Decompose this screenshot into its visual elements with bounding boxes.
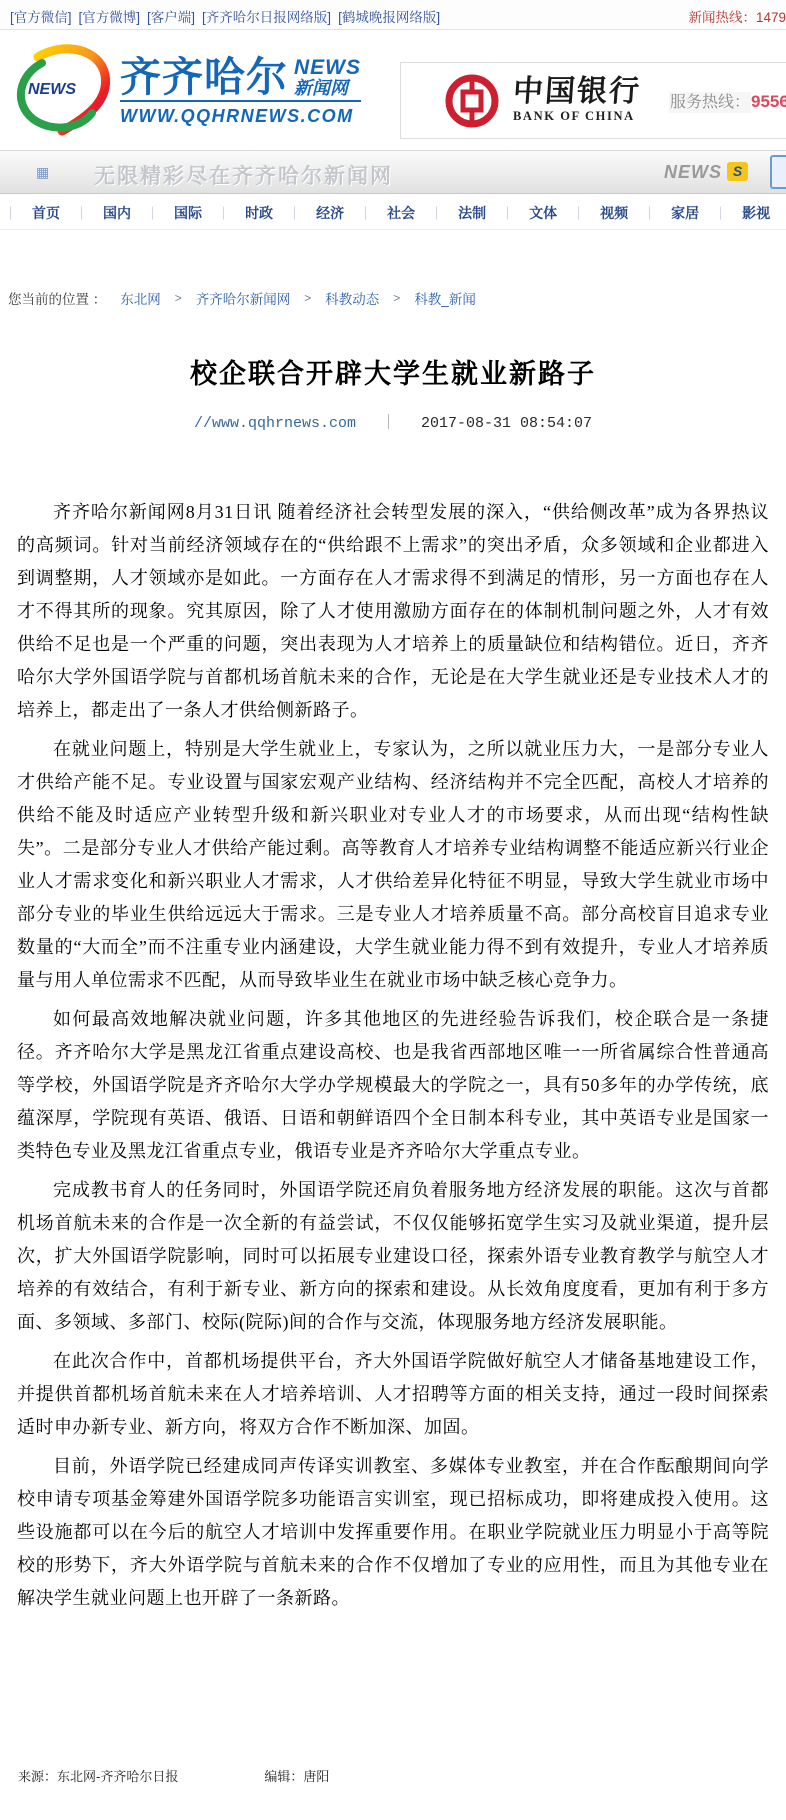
nav-item-economy[interactable]: 经济 bbox=[316, 203, 344, 223]
source-label: 来源： bbox=[18, 1769, 57, 1784]
topbar: [官方微信] [官方微博] [客户端] [齐齐哈尔日报网络版] [鹤城晚报网络版… bbox=[0, 0, 786, 30]
article-paragraph: 齐齐哈尔新闻网8月31日讯 随着经济社会转型发展的深入，“供给侧改革”成为各界热… bbox=[17, 496, 769, 727]
bank-service-number: 95566 bbox=[751, 92, 786, 111]
page-title: 校企联合开辟大学生就业新路子 bbox=[0, 352, 786, 391]
nav-separator: ｜ bbox=[501, 203, 514, 222]
article-meta: //www.qqhrnews.com ｜ 2017-08-31 08:54:07 bbox=[0, 411, 786, 432]
topbar-link-daily-web-edition[interactable]: [齐齐哈尔日报网络版] bbox=[202, 6, 331, 26]
nav-item-home[interactable]: 首页 bbox=[32, 203, 60, 223]
article-paragraph: 完成教书育人的任务同时，外国语学院还肩负着服务地方经济发展的职能。这次与首都机场… bbox=[17, 1174, 769, 1339]
site-name-suffix: NEWS 新闻网 bbox=[294, 57, 361, 97]
banner-news-text: NEWS bbox=[664, 162, 722, 183]
nav-item-law[interactable]: 法制 bbox=[458, 203, 486, 223]
bank-service-hotline: 服务热线：95566 bbox=[669, 89, 786, 112]
nav-item-culture-sports[interactable]: 文体 bbox=[529, 203, 557, 223]
nav-separator: ｜ bbox=[643, 203, 656, 222]
breadcrumb-link-dbw[interactable]: 东北网 bbox=[120, 288, 161, 308]
bank-ad-banner[interactable]: 中国银行 BANK OF CHINA 服务热线：95566 bbox=[400, 62, 786, 139]
breadcrumb-separator: > bbox=[175, 291, 182, 305]
nav-separator: ｜ bbox=[4, 203, 17, 222]
article-paragraph: 在就业问题上，特别是大学生就业上，专家认为，之所以就业压力大，一是部分专业人才供… bbox=[17, 733, 769, 997]
topbar-link-official-wechat[interactable]: [官方微信] bbox=[10, 6, 72, 26]
side-widget-partial[interactable] bbox=[770, 155, 786, 189]
source-value: 东北网-齐齐哈尔日报 bbox=[57, 1769, 178, 1784]
bank-name-cn: 中国银行 bbox=[512, 77, 642, 107]
topbar-link-official-weibo[interactable]: [官方微博] bbox=[79, 6, 141, 26]
news-badge-icon: S bbox=[727, 162, 748, 181]
bank-of-china-logo-icon bbox=[443, 72, 501, 130]
topbar-link-app-client[interactable]: [客户端] bbox=[147, 6, 195, 26]
site-name: 齐齐哈尔 bbox=[120, 57, 288, 97]
nav-item-domestic[interactable]: 国内 bbox=[103, 203, 131, 223]
breadcrumb-link-keji-news[interactable]: 科教_新闻 bbox=[414, 288, 476, 308]
article-editor: 编辑：唐阳 bbox=[264, 1766, 329, 1785]
article-meta-separator: ｜ bbox=[381, 415, 396, 432]
nav-item-society[interactable]: 社会 bbox=[387, 203, 415, 223]
news-hotline: 新闻热线：1479 bbox=[688, 6, 786, 26]
slogan-banner: ▦ 无限精彩尽在齐齐哈尔新闻网 NEWS S bbox=[0, 150, 786, 194]
breadcrumb-separator: > bbox=[393, 291, 400, 305]
bank-name-block: 中国银行 BANK OF CHINA bbox=[513, 77, 641, 124]
site-name-row: 齐齐哈尔 NEWS 新闻网 bbox=[120, 57, 361, 102]
bank-name-en: BANK OF CHINA bbox=[513, 109, 641, 124]
breadcrumb: 您当前的位置 ： 东北网 > 齐齐哈尔新闻网 > 科教动态 > 科教_新闻 bbox=[8, 288, 476, 308]
editor-label: 编辑： bbox=[264, 1769, 303, 1784]
article-body: 齐齐哈尔新闻网8月31日讯 随着经济社会转型发展的深入，“供给侧改革”成为各界热… bbox=[0, 496, 786, 1615]
nav-separator: ｜ bbox=[714, 203, 727, 222]
nav-separator: ｜ bbox=[288, 203, 301, 222]
nav-item-movies[interactable]: 影视 bbox=[742, 203, 770, 223]
site-suffix-cn: 新闻网 bbox=[294, 79, 361, 97]
article-source: 来源：东北网-齐齐哈尔日报 bbox=[18, 1766, 178, 1785]
site-logo-badge-text: NEWS bbox=[28, 81, 76, 98]
article-paragraph: 在此次合作中，首都机场提供平台，齐大外国语学院做好航空人才储备基地建设工作，并提… bbox=[17, 1345, 769, 1444]
site-suffix-en: NEWS bbox=[294, 57, 361, 78]
breadcrumb-link-qqhrnews[interactable]: 齐齐哈尔新闻网 bbox=[196, 288, 291, 308]
article-footer: 来源：东北网-齐齐哈尔日报 编辑：唐阳 bbox=[18, 1766, 329, 1785]
article-paragraph: 目前，外语学院已经建成同声传译实训教室、多媒体专业教室，并在合作酝酿期间向学校申… bbox=[17, 1450, 769, 1615]
article-datetime: 2017-08-31 08:54:07 bbox=[421, 415, 592, 432]
nav-separator: ｜ bbox=[430, 203, 443, 222]
breadcrumb-link-keji-dongtai[interactable]: 科教动态 bbox=[325, 288, 379, 308]
grid-icon: ▦ bbox=[36, 164, 49, 181]
main-nav: ｜ 首页 ｜ 国内 ｜ 国际 ｜ 时政 ｜ 经济 ｜ 社会 ｜ 法制 ｜ 文体 … bbox=[0, 196, 786, 230]
banner-slogan: 无限精彩尽在齐齐哈尔新闻网 bbox=[94, 160, 393, 190]
nav-item-video[interactable]: 视频 bbox=[600, 203, 628, 223]
nav-separator: ｜ bbox=[146, 203, 159, 222]
article-source-url[interactable]: //www.qqhrnews.com bbox=[194, 415, 356, 432]
topbar-link-evening-web-edition[interactable]: [鹤城晚报网络版] bbox=[338, 6, 440, 26]
breadcrumb-separator: > bbox=[304, 291, 311, 305]
nav-separator: ｜ bbox=[75, 203, 88, 222]
bank-service-label: 服务热线： bbox=[669, 92, 751, 113]
nav-item-home-living[interactable]: 家居 bbox=[671, 203, 699, 223]
article-paragraph: 如何最高效地解决就业问题，许多其他地区的先进经验告诉我们，校企联合是一条捷径。齐… bbox=[17, 1003, 769, 1168]
nav-separator: ｜ bbox=[359, 203, 372, 222]
site-header: NEWS 齐齐哈尔 NEWS 新闻网 WWW.QQHRNEWS.COM 中国银行… bbox=[0, 31, 786, 148]
nav-separator: ｜ bbox=[217, 203, 230, 222]
site-logo-swoosh-icon: NEWS bbox=[6, 39, 116, 137]
editor-value: 唐阳 bbox=[303, 1769, 329, 1784]
nav-item-politics[interactable]: 时政 bbox=[245, 203, 273, 223]
nav-separator: ｜ bbox=[572, 203, 585, 222]
topbar-links: [官方微信] [官方微博] [客户端] [齐齐哈尔日报网络版] [鹤城晚报网络版… bbox=[10, 6, 440, 26]
breadcrumb-label: 您当前的位置 ： bbox=[8, 288, 106, 308]
nav-item-international[interactable]: 国际 bbox=[174, 203, 202, 223]
article: 校企联合开辟大学生就业新路子 //www.qqhrnews.com ｜ 2017… bbox=[0, 342, 786, 1621]
site-url[interactable]: WWW.QQHRNEWS.COM bbox=[120, 106, 361, 127]
site-logo[interactable]: NEWS 齐齐哈尔 NEWS 新闻网 WWW.QQHRNEWS.COM bbox=[6, 39, 361, 137]
site-logo-text: 齐齐哈尔 NEWS 新闻网 WWW.QQHRNEWS.COM bbox=[120, 57, 361, 127]
